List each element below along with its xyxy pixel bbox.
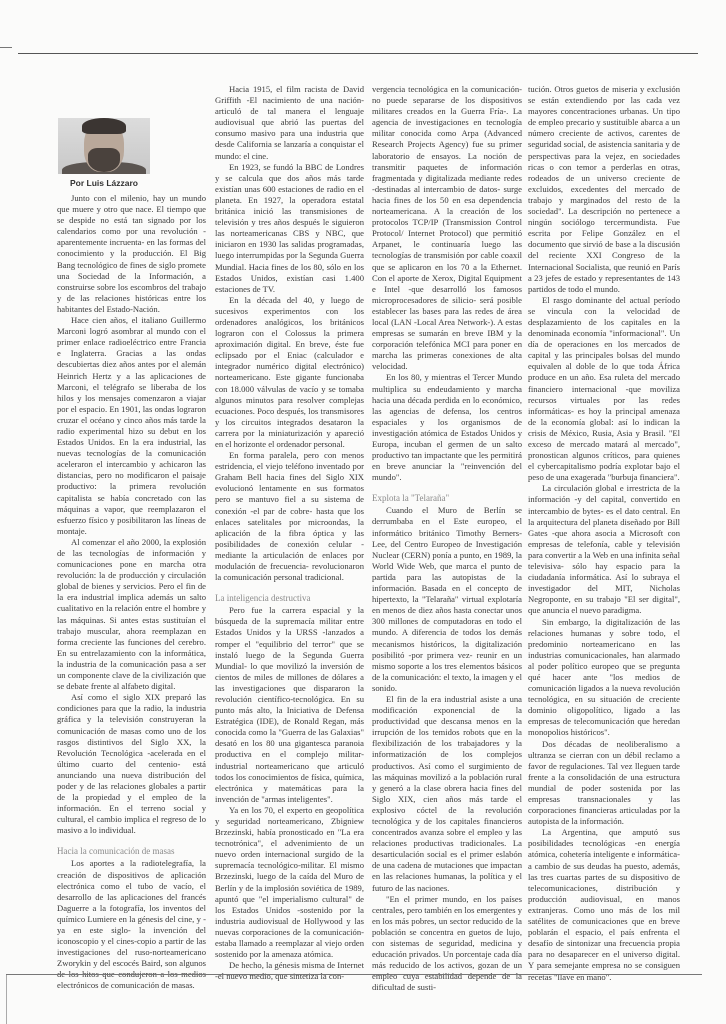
section-heading: Explota la "Telaraña": [372, 493, 522, 504]
paragraph: Sin embargo, la digitalización de las re…: [528, 617, 680, 739]
section-heading: Hacia la comunicación de masas: [57, 846, 206, 857]
paragraph: En los 80, y mientras el Tercer Mundo mu…: [372, 372, 522, 483]
paragraph: vergencia tecnológica en la comunicación…: [372, 84, 522, 372]
paragraph: Ya en los 70, el experto en geopolítica …: [215, 805, 364, 960]
article-column-3: vergencia tecnológica en la comunicación…: [372, 84, 522, 994]
crop-mark: [0, 47, 12, 48]
paragraph: Pero fue la carrera espacial y la búsque…: [215, 605, 364, 805]
paragraph: Así como el siglo XIX preparó las condic…: [57, 692, 206, 836]
paragraph: En 1923, se fundó la BBC de Londres y se…: [215, 162, 364, 295]
paragraph: El fin de la era industrial asiste a una…: [372, 694, 522, 894]
page-edge: [6, 975, 7, 1024]
paragraph: Al comenzar el año 2000, la explosión de…: [57, 537, 206, 692]
article-column-1: Junto con el milenio, hay un mundo que m…: [57, 193, 206, 992]
paragraph: La Argentina, que amputó sus posibilidad…: [528, 827, 680, 982]
paragraph: En la década del 40, y luego de sucesivo…: [215, 295, 364, 450]
paragraph: Junto con el milenio, hay un mundo que m…: [57, 193, 206, 315]
photo-hair: [82, 118, 126, 134]
paragraph: tución. Otros guetos de miseria y exclus…: [528, 84, 680, 295]
photo-beard: [88, 148, 120, 172]
paragraph: Los aportes a la radiotelegrafía, la cre…: [57, 858, 206, 991]
top-rule: [18, 53, 698, 54]
bottom-rule: [6, 974, 702, 975]
paragraph: En forma paralela, pero con menos estrid…: [215, 450, 364, 583]
byline: Por Luis Lázzaro: [58, 178, 150, 188]
section-heading: La inteligencia destructiva: [215, 593, 364, 604]
author-photo: [58, 118, 150, 174]
paragraph: Hacia 1915, el film racista de David Gri…: [215, 84, 364, 162]
article-column-4: tución. Otros guetos de miseria y exclus…: [528, 84, 680, 983]
paragraph: El rasgo dominante del actual período se…: [528, 295, 680, 484]
paragraph: Cuando el Muro de Berlín se derrumbaba e…: [372, 505, 522, 694]
paragraph: La circulación global e irrestricta de l…: [528, 483, 680, 616]
paragraph: Dos décadas de neoliberalismo a ultranza…: [528, 739, 680, 828]
paragraph: Hace cien años, el italiano Guillermo Ma…: [57, 315, 206, 537]
paragraph: "En el primer mundo, en los países centr…: [372, 894, 522, 994]
article-column-2: Hacia 1915, el film racista de David Gri…: [215, 84, 364, 982]
paragraph: De hecho, la génesis misma de Internet -…: [215, 960, 364, 982]
